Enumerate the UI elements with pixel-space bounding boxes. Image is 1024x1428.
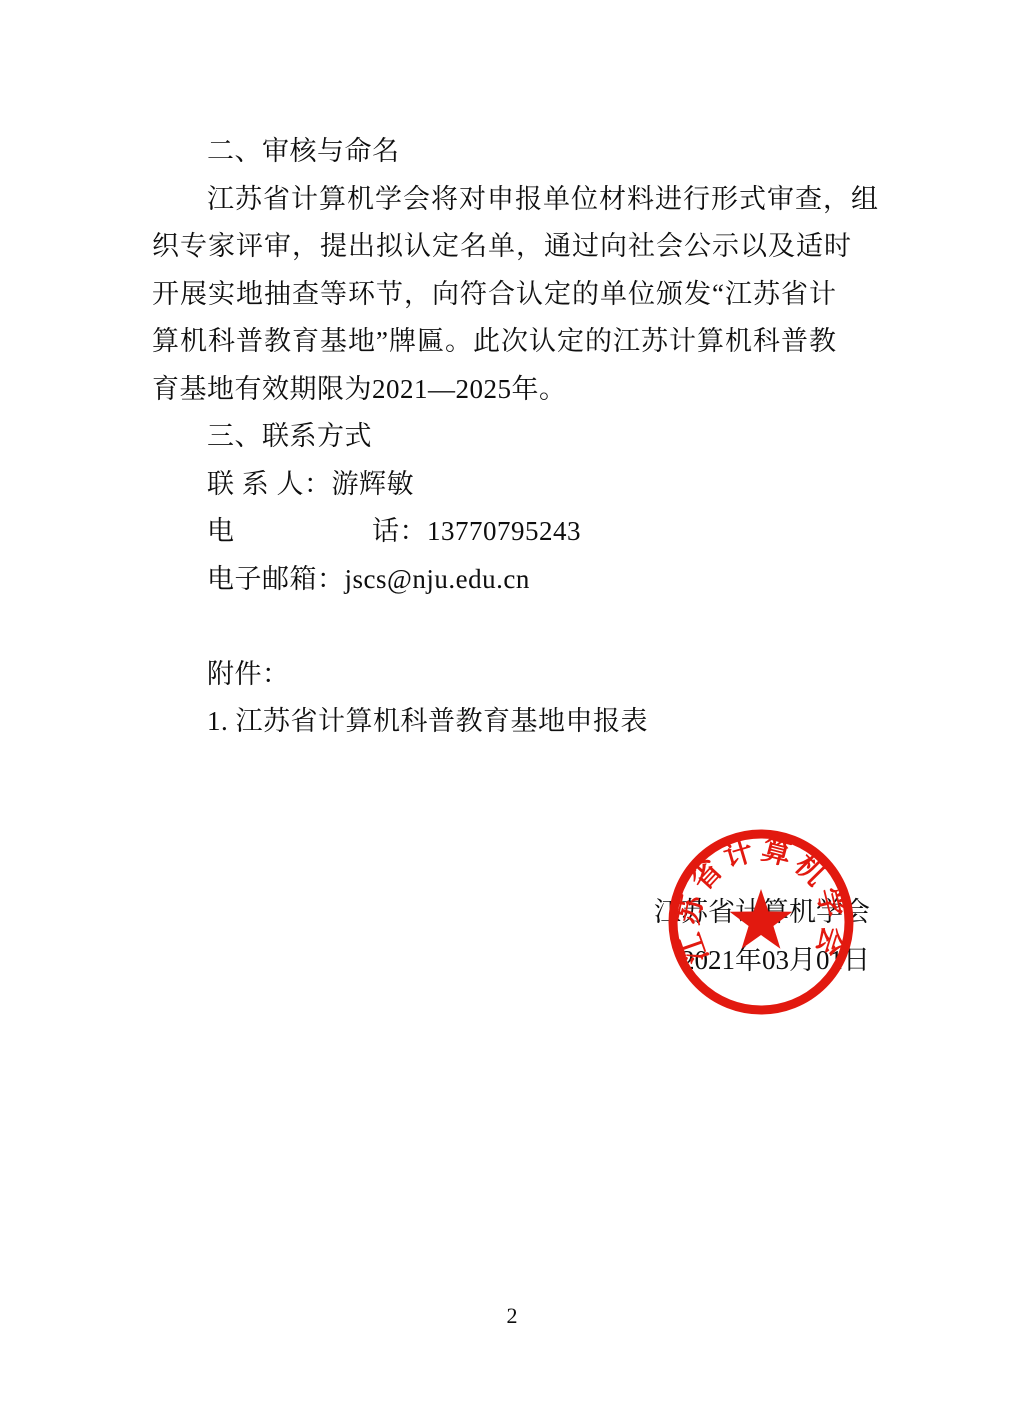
body-line: 开展实地抽查等环节，向符合认定的单位颁发“江苏省计: [152, 271, 878, 319]
document-body: 二、审核与命名 江苏省计算机学会将对申报单位材料进行形式审查，组 织专家评审，提…: [152, 128, 878, 746]
section-heading-contact: 三、联系方式: [152, 413, 878, 461]
body-line: 江苏省计算机学会将对申报单位材料进行形式审查，组: [152, 176, 878, 224]
blank-line: [152, 603, 878, 651]
attachment-heading: 附件：: [152, 651, 878, 699]
body-line: 育基地有效期限为2021—2025年。: [152, 366, 878, 414]
contact-phone-line: 电 话：13770795243: [152, 508, 878, 556]
signature-date: 2021年03月01日: [654, 936, 870, 984]
section-heading-review: 二、审核与命名: [152, 128, 878, 176]
body-line: 织专家评审，提出拟认定名单，通过向社会公示以及适时: [152, 223, 878, 271]
attachment-item: 1. 江苏省计算机科普教育基地申报表: [152, 698, 878, 746]
contact-person-line: 联 系 人：游辉敏: [152, 461, 878, 509]
document-page: 二、审核与命名 江苏省计算机学会将对申报单位材料进行形式审查，组 织专家评审，提…: [0, 0, 1024, 1428]
signature-block: 江苏省计算机学会 2021年03月01日: [654, 888, 870, 984]
signature-organization: 江苏省计算机学会: [654, 888, 870, 936]
page-number: 2: [0, 1302, 1024, 1330]
contact-email-line: 电子邮箱：jscs@nju.edu.cn: [152, 556, 878, 604]
body-line: 算机科普教育基地”牌匾。此次认定的江苏计算机科普教: [152, 318, 878, 366]
